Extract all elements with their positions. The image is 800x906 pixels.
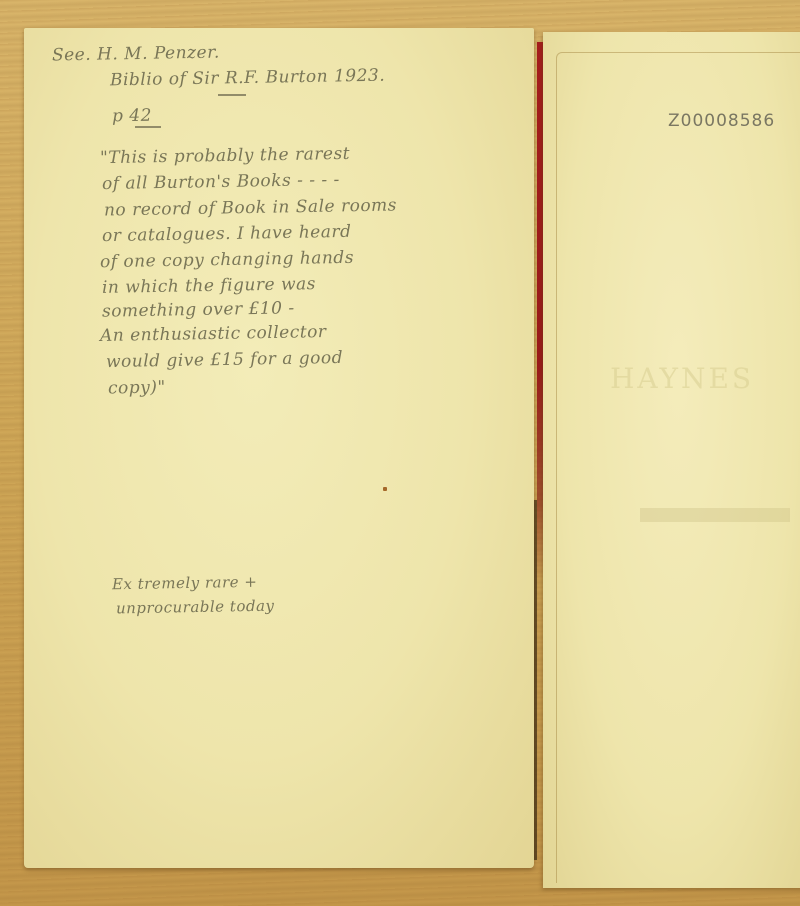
underline-sir bbox=[218, 94, 246, 96]
underline-page bbox=[135, 126, 161, 128]
note-line: Ex tremely rare + bbox=[112, 573, 258, 594]
inscription-page: p 42 bbox=[112, 106, 152, 127]
inscription-reference: See. H. M. Penzer. bbox=[52, 43, 220, 66]
quote-line: copy)" bbox=[108, 377, 166, 398]
show-through-subtitle bbox=[640, 508, 790, 522]
quote-line: something over £10 - bbox=[102, 298, 295, 321]
quote-line: An enthusiastic collector bbox=[100, 322, 327, 346]
quote-line: would give £15 for a good bbox=[106, 348, 343, 372]
catalog-number: Z00008586 bbox=[668, 111, 775, 131]
right-page-fold bbox=[556, 52, 800, 883]
note-line: unprocurable today bbox=[116, 597, 275, 618]
paper-fleck bbox=[383, 487, 387, 491]
quote-line: of all Burton's Books - - - - bbox=[102, 170, 340, 194]
gutter bbox=[534, 500, 537, 860]
show-through-title: HAYNES bbox=[610, 362, 754, 395]
quote-line: in which the figure was bbox=[102, 274, 316, 298]
